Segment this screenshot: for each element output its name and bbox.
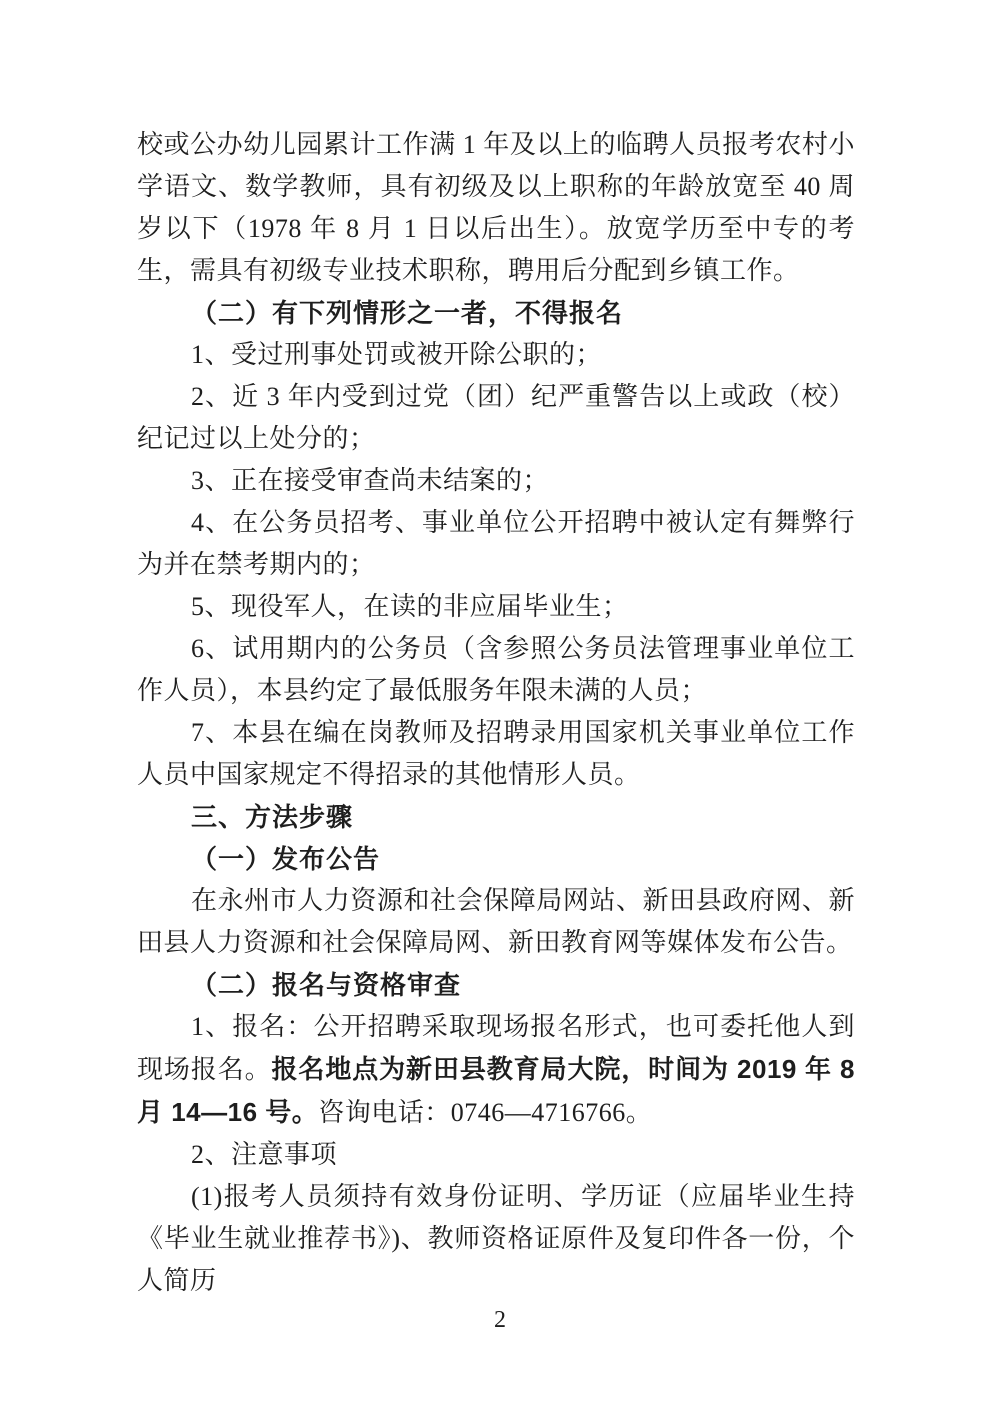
body-paragraph: 4、在公务员招考、事业单位公开招聘中被认定有舞弊行为并在禁考期内的；	[137, 502, 855, 586]
body-paragraph: 7、本县在编在岗教师及招聘录用国家机关事业单位工作人员中国家规定不得招录的其他情…	[137, 712, 855, 796]
subsection-heading: （二）报名与资格审查	[137, 964, 855, 1006]
body-paragraph: 3、正在接受审查尚未结案的；	[137, 460, 855, 502]
subsection-heading: （一）发布公告	[137, 838, 855, 880]
body-paragraph: 6、试用期内的公务员（含参照公务员法管理事业单位工作人员），本县约定了最低服务年…	[137, 628, 855, 712]
page-number: 2	[0, 1305, 1000, 1335]
body-paragraph: (1)报考人员须持有效身份证明、学历证（应届毕业生持《毕业生就业推荐书》)、教师…	[137, 1176, 855, 1302]
body-paragraph: 在永州市人力资源和社会保障局网站、新田县政府网、新田县人力资源和社会保障局网、新…	[137, 880, 855, 964]
text-segment: 咨询电话：0746—4716766。	[318, 1098, 652, 1127]
body-paragraph: 2、注意事项	[137, 1134, 855, 1176]
document-page: 校或公办幼儿园累计工作满 1 年及以上的临聘人员报考农村小学语文、数学教师，具有…	[0, 0, 1000, 1415]
body-paragraph: 1、报名：公开招聘采取现场报名形式，也可委托他人到现场报名。报名地点为新田县教育…	[137, 1006, 855, 1134]
body-paragraph: 1、受过刑事处罚或被开除公职的；	[137, 334, 855, 376]
body-paragraph: 2、近 3 年内受到过党（团）纪严重警告以上或政（校）纪记过以上处分的；	[137, 376, 855, 460]
subsection-heading: （二）有下列情形之一者，不得报名	[137, 292, 855, 334]
document-body: 校或公办幼儿园累计工作满 1 年及以上的临聘人员报考农村小学语文、数学教师，具有…	[137, 124, 855, 1302]
body-paragraph: 5、现役军人，在读的非应届毕业生；	[137, 586, 855, 628]
body-paragraph: 校或公办幼儿园累计工作满 1 年及以上的临聘人员报考农村小学语文、数学教师，具有…	[137, 124, 855, 292]
section-heading: 三、方法步骤	[137, 796, 855, 838]
